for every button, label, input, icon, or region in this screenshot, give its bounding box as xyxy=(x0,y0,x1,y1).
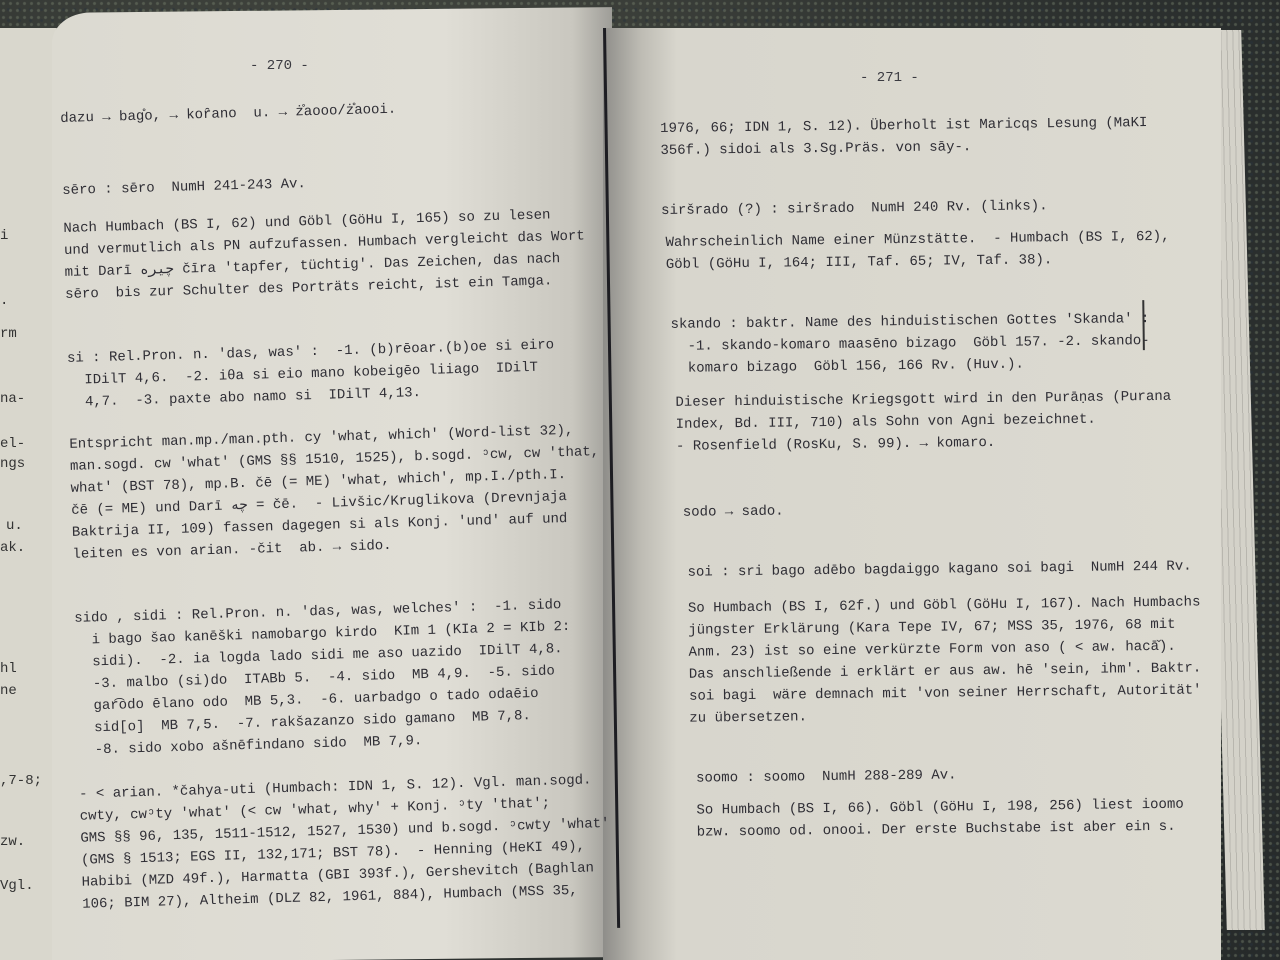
prev-page-fragment: zw. xyxy=(0,834,25,850)
text-line: zu übersetzen. xyxy=(689,706,807,729)
prev-page-fragment: i xyxy=(0,228,8,244)
prev-page-fragment: ak. xyxy=(0,540,25,556)
entry-heading-soomo: soomo : soomo NumH 288-289 Av. xyxy=(696,764,957,789)
entry-heading-sodo: sodo → sado. xyxy=(683,501,784,524)
prev-page-fragment: el- xyxy=(0,436,25,452)
prev-page-fragment: ,7-8; xyxy=(0,773,42,789)
prev-page-fragment: . xyxy=(0,293,8,309)
right-page-number: - 271 - xyxy=(860,70,919,86)
left-page-number: - 270 - xyxy=(250,58,309,74)
prev-page-fragment: rm xyxy=(0,326,17,342)
prev-page-fragment: na- xyxy=(0,391,25,407)
text-line: komaro bizago Göbl 156, 166 Rv. (Huv.). xyxy=(671,354,1024,380)
entry-heading-sirsrado: siršrado (?) : siršrado NumH 240 Rv. (li… xyxy=(661,195,1048,222)
prev-page-fragment: u. xyxy=(6,518,23,534)
text-line: 356f.) sidoi als 3.Sg.Präs. von sāy-. xyxy=(660,136,971,162)
prev-page-fragment: hl xyxy=(0,661,17,677)
prev-page-fragment: ne xyxy=(0,683,17,699)
previous-page-edge: i . rm na- el- ngs u. ak. hl ne ,7-8; zw… xyxy=(0,28,57,960)
prev-page-fragment: ngs xyxy=(0,456,25,472)
text-line: - Rosenfield (RosKu, S. 99). → komaro. xyxy=(676,432,996,458)
prev-page-fragment: Vgl. xyxy=(0,878,34,894)
text-line: Göbl (GöHu I, 164; III, Taf. 65; IV, Taf… xyxy=(666,249,1053,276)
